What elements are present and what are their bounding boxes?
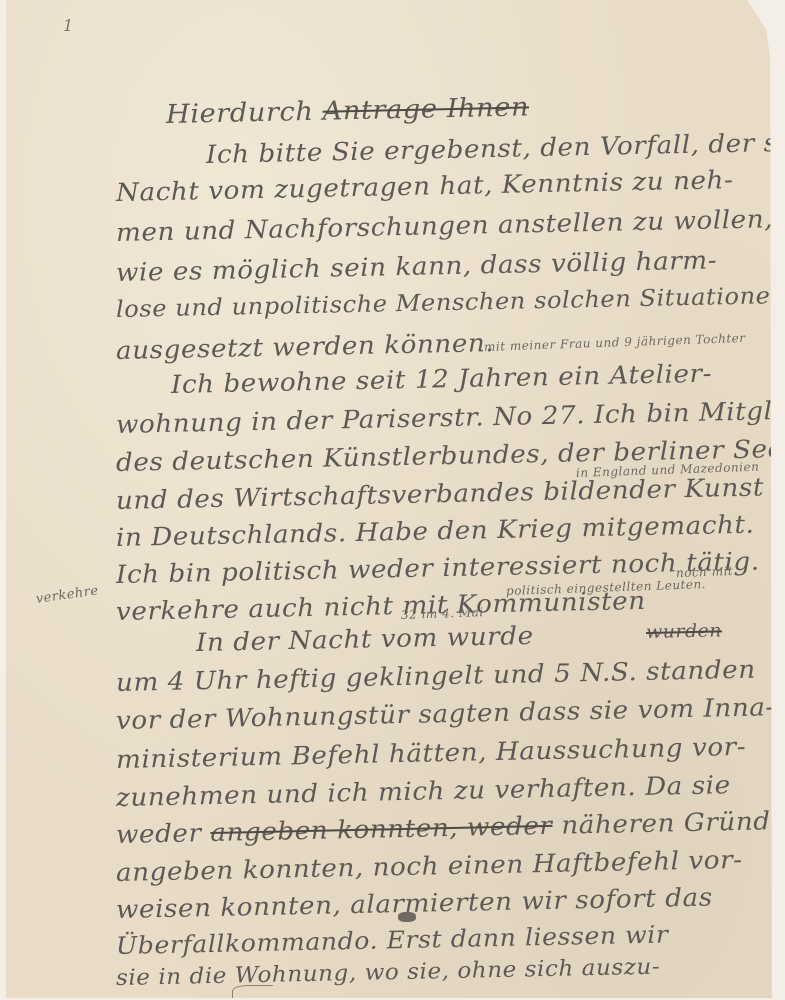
letter-line: verkehre auch nicht mit Kommunisten [116,586,646,626]
salutation-text: Hierdurch [166,97,314,130]
line-text: näheren Gründe [561,806,785,840]
letter-line: ausgesetzt werden können. [116,328,495,365]
salutation-struck-text: Antrage Ihnen [322,92,529,126]
line-text: weder [116,818,202,849]
letter-line: angeben konnten, noch einen Haftbefehl v… [116,845,743,887]
struck-word: wurden [646,620,722,643]
letter-line: sie in die Wohnung, wo sie, ohne sich au… [116,955,661,991]
handwritten-letter-page: 1 Hierdurch Antrage Ihnen Ich bitte Sie … [6,0,778,998]
ink-blot [398,912,416,922]
page-number-mark: 1 [63,16,74,35]
margin-note: verkehre [35,583,100,607]
letter-line: und des Wirtschaftsverbandes bildender K… [116,472,765,515]
interlinear-insertion: 32 im 4. Mai [401,605,484,622]
letter-line: lose und unpolitische Menschen solchen S… [116,283,785,323]
letter-line: in Deutschlands. Habe den Krieg mitgemac… [116,510,755,552]
letter-line: Ich bitte Sie ergebenst, den Vorfall, de… [206,125,785,169]
letter-line: Ich bewohne seit 12 Jahren ein Atelier- [171,359,713,399]
letter-line: um 4 Uhr heftig geklingelt und 5 N.S. st… [116,655,756,697]
letter-line: Überfallkommando. Erst dann liessen wir [116,920,669,960]
letter-line: zunehmen und ich mich zu verhaften. Da s… [116,770,731,812]
letter-line: Nacht vom zugetragen hat, Kenntnis zu ne… [116,165,734,207]
letter-salutation: Hierdurch Antrage Ihnen [166,92,530,130]
letter-line: wohnung in der Pariserstr. No 27. Ich bi… [116,395,785,439]
interlinear-insertion: mit meiner Frau und 9 jährigen Tochter [484,331,746,354]
letter-line: In der Nacht vom wurde [196,621,534,657]
letter-line: vor der Wohnungstür sagten dass sie vom … [116,692,775,735]
struck-text: angeben konnten, weder [210,811,553,847]
pencil-mark [232,985,273,1000]
letter-line: men und Nachforschungen anstellen zu wol… [116,204,774,247]
letter-line: wie es möglich sein kann, dass völlig ha… [116,245,718,287]
letter-line: weder angeben konnten, weder näheren Grü… [116,806,785,849]
letter-line: ministerium Befehl hätten, Haussuchung v… [116,732,747,774]
